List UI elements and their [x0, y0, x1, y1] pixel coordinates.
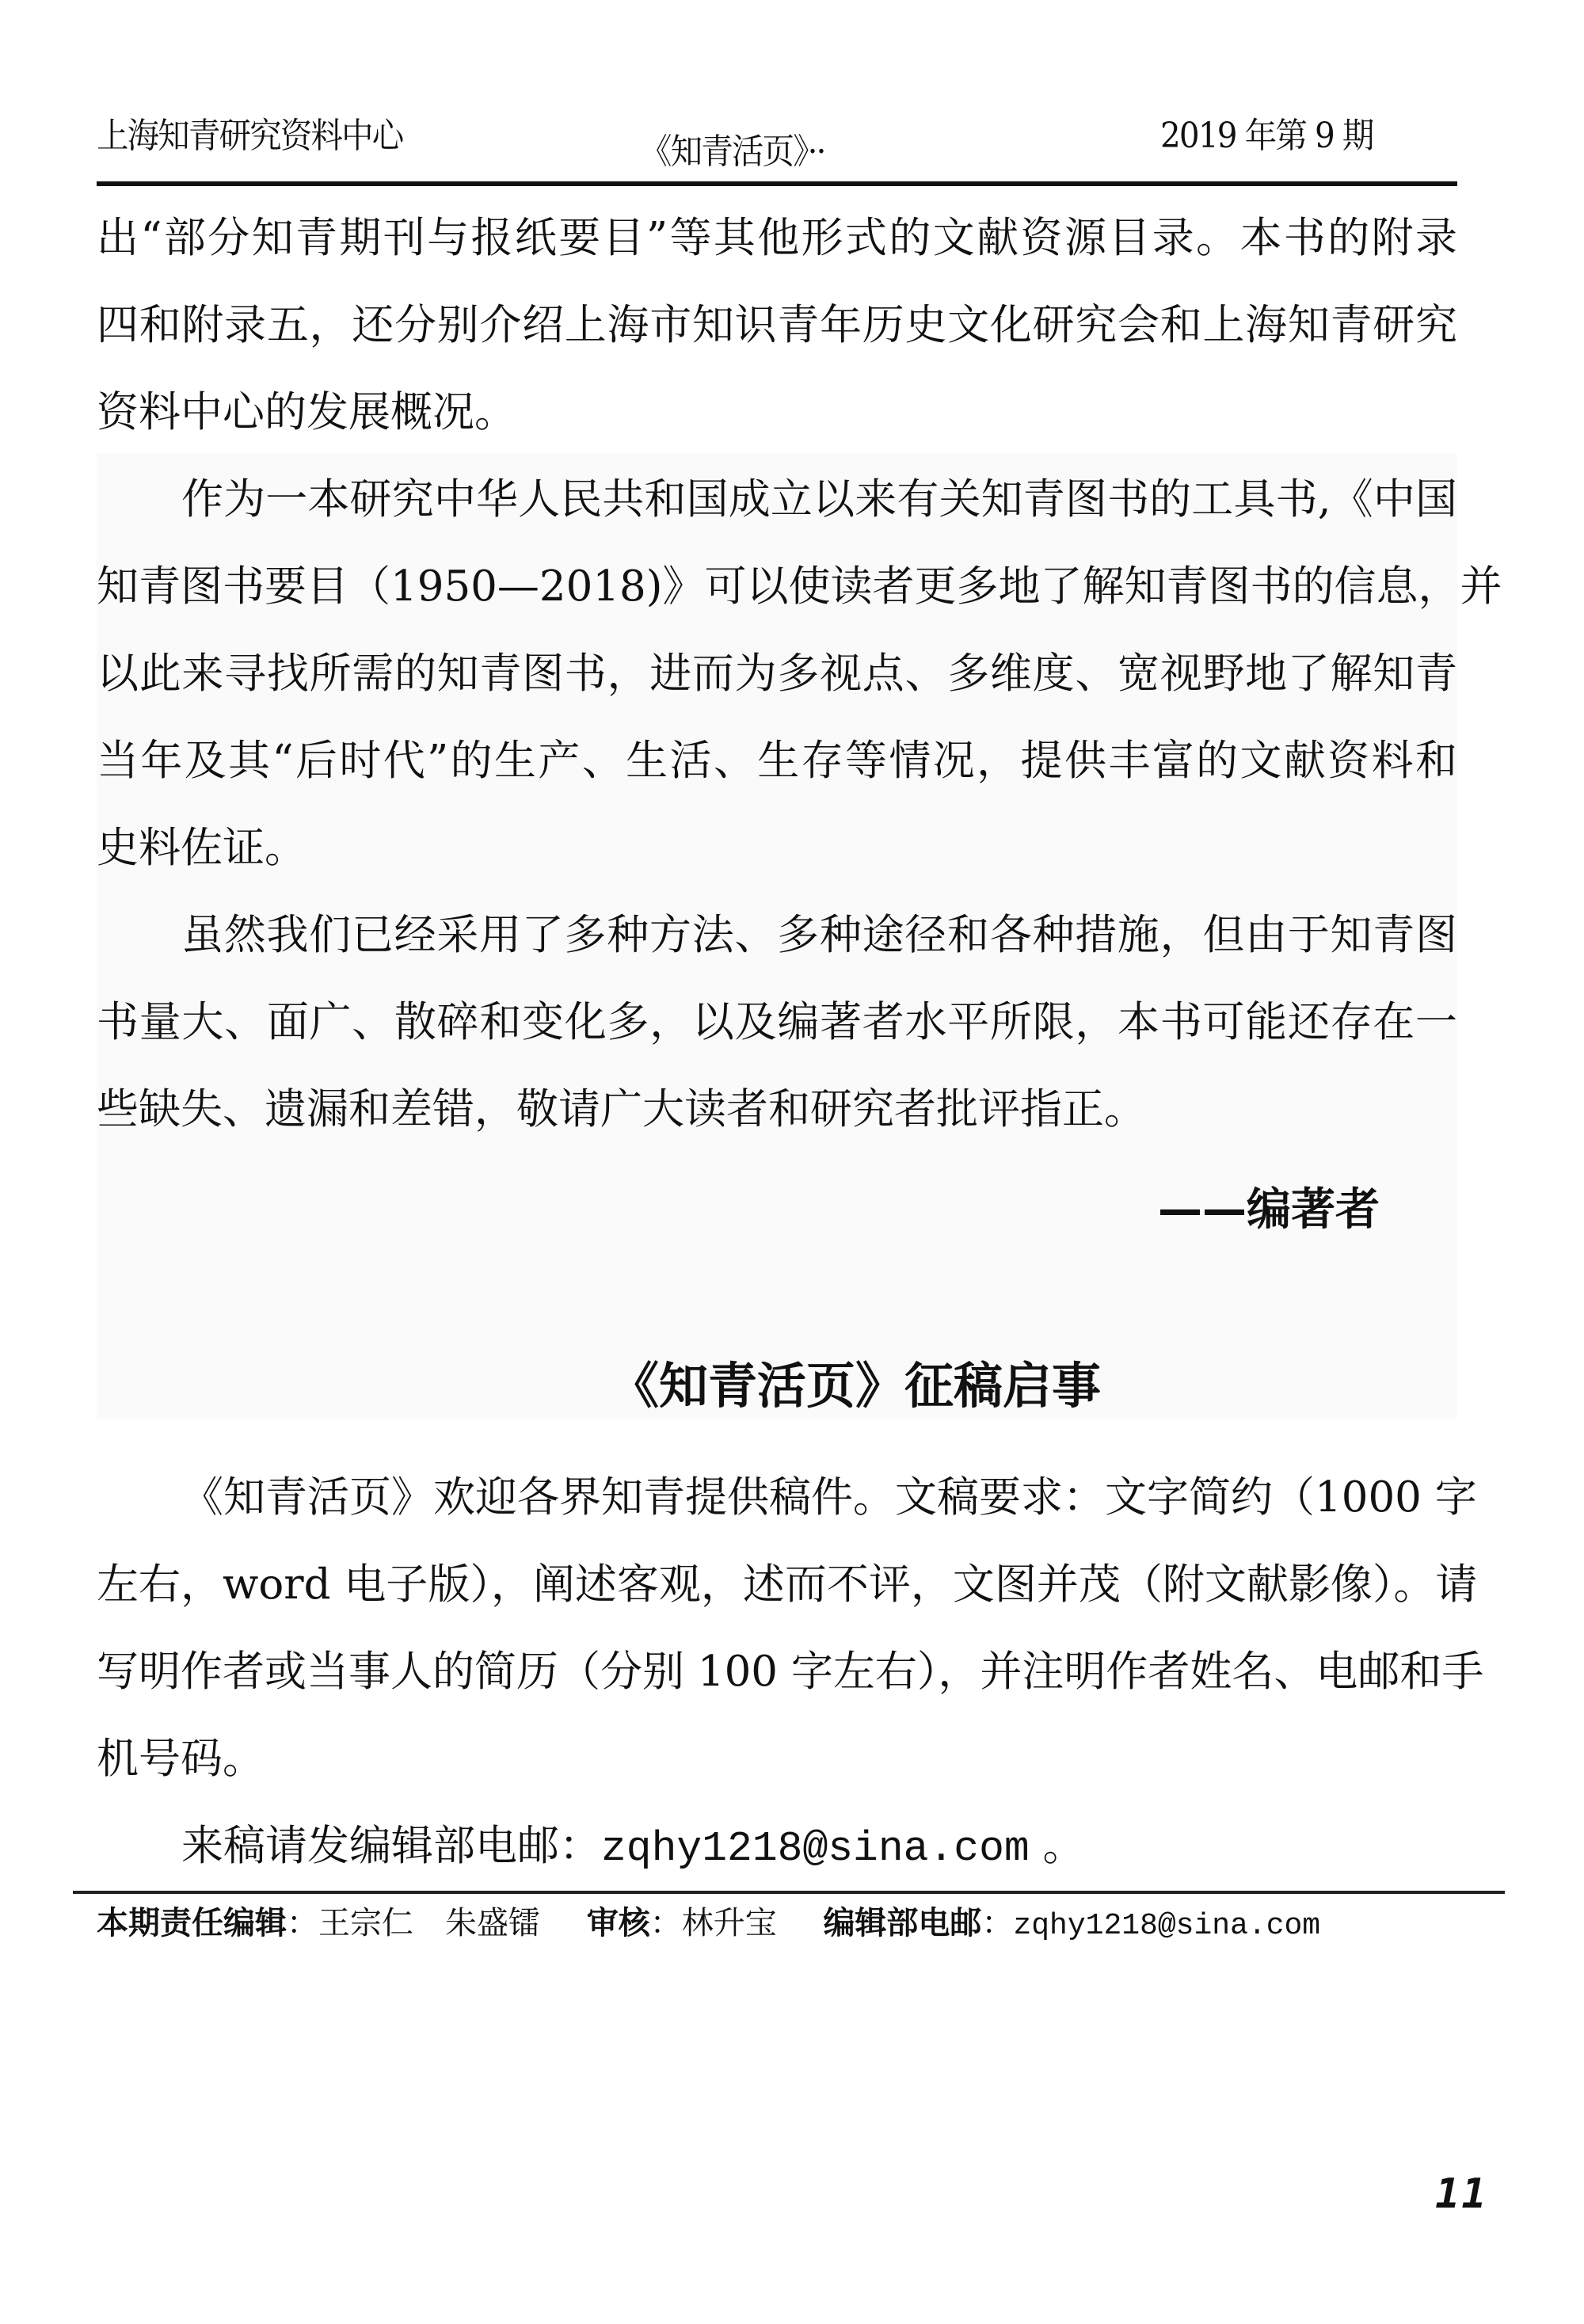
header-publication: 《知青活页》·· [640, 131, 825, 173]
paragraph-2: 作为一本研究中华人民共和国成立以来有关知青图书的工具书,《中国 知青图书要目（1… [97, 456, 1457, 892]
footer-email-link[interactable]: zqhy1218@sina.com [1013, 1909, 1320, 1943]
article-signature: ——编著者 [1158, 1179, 1380, 1242]
notice-title: 《知青活页》征稿启事 [0, 1351, 1584, 1422]
notice-line: 机号码。 [97, 1716, 1457, 1803]
paragraph-line: 资料中心的发展概况。 [97, 369, 1457, 456]
paragraph-3: 虽然我们已经采用了多种方法、多种途径和各种措施，但由于知青图 书量大、面广、散碎… [97, 892, 1457, 1153]
reviewer-name: 林升宝 [682, 1905, 777, 1941]
colon: ： [650, 1905, 682, 1941]
notice-line: 《知青活页》欢迎各界知青提供稿件。文稿要求：文字简约（1000 字 [97, 1454, 1457, 1541]
editor-label: 本期责任编辑 [97, 1905, 287, 1941]
submit-suffix: 。 [1030, 1822, 1085, 1870]
editor-names: 王宗仁 朱盛镭 [318, 1905, 540, 1941]
article-body: 出“部分知青期刊与报纸要目”等其他形式的文献资源目录。本书的附录 四和附录五，还… [97, 195, 1457, 1153]
header-org: 上海知青研究资料中心 [97, 116, 402, 157]
notice-body: 《知青活页》欢迎各界知青提供稿件。文稿要求：文字简约（1000 字 左右，wor… [97, 1454, 1457, 1890]
email-label: 编辑部电邮 [823, 1905, 981, 1941]
submit-prefix: 来稿请发编辑部电邮： [181, 1822, 601, 1870]
paragraph-line: 当年及其“后时代”的生产、生活、生存等情况，提供丰富的文献资料和 [97, 718, 1457, 805]
header-rule [97, 181, 1457, 186]
submit-email-link[interactable]: zqhy1218@sina.com [601, 1825, 1030, 1873]
paragraph-line: 虽然我们已经采用了多种方法、多种途径和各种措施，但由于知青图 [97, 892, 1457, 979]
notice-line: 写明作者或当事人的简历（分别 100 字左右），并注明作者姓名、电邮和手 [97, 1629, 1457, 1716]
notice-submit-line: 来稿请发编辑部电邮：zqhy1218@sina.com 。 [97, 1803, 1457, 1890]
paragraph-line: 出“部分知青期刊与报纸要目”等其他形式的文献资源目录。本书的附录 [97, 195, 1457, 282]
paragraph-line: 些缺失、遗漏和差错，敬请广大读者和研究者批评指正。 [97, 1066, 1457, 1153]
paragraph-line: 史料佐证。 [97, 805, 1457, 892]
paragraph-1: 出“部分知青期刊与报纸要目”等其他形式的文献资源目录。本书的附录 四和附录五，还… [97, 195, 1457, 456]
paragraph-line: 四和附录五，还分别介绍上海市知识青年历史文化研究会和上海知青研究 [97, 282, 1457, 369]
paragraph-line: 书量大、面广、散碎和变化多，以及编著者水平所限，本书可能还存在一 [97, 979, 1457, 1066]
footer-credits: 本期责任编辑：王宗仁 朱盛镭 审核：林升宝 编辑部电邮：zqhy1218@sin… [97, 1899, 1320, 1950]
header-issue: 2019 年第 9 期 [1160, 116, 1373, 157]
notice-line: 左右，word 电子版），阐述客观，述而不评，文图并茂（附文献影像）。请 [97, 1541, 1457, 1629]
paragraph-line: 作为一本研究中华人民共和国成立以来有关知青图书的工具书,《中国 [97, 456, 1457, 543]
paragraph-line: 知青图书要目（1950—2018)》可以使读者更多地了解知青图书的信息，并 [97, 543, 1457, 631]
reviewer-label: 审核 [587, 1905, 650, 1941]
colon: ： [287, 1905, 318, 1941]
paragraph-line: 以此来寻找所需的知青图书，进而为多视点、多维度、宽视野地了解知青 [97, 631, 1457, 718]
page-number: 11 [1435, 2170, 1488, 2218]
footer-rule [73, 1891, 1505, 1894]
colon: ： [981, 1905, 1013, 1941]
